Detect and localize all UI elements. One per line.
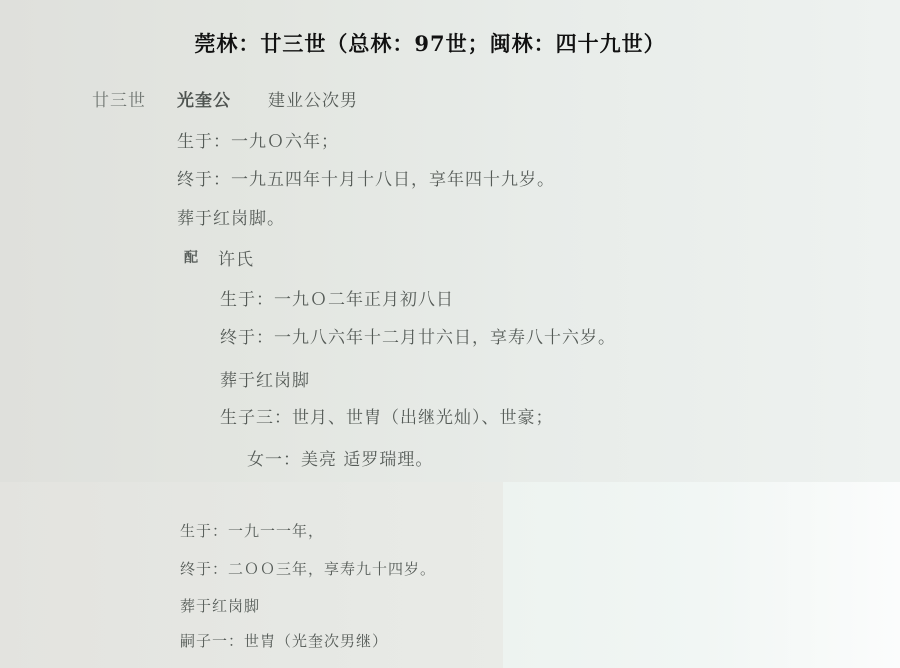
spouse-name: 许氏 — [218, 245, 254, 270]
spouse2-born: 生于：一九一一年， — [180, 520, 324, 541]
spouse-buried: 葬于红岗脚 — [220, 366, 310, 391]
person-name: 光奎公 — [177, 86, 231, 111]
blank-area — [503, 482, 900, 668]
spouse2-heir: 嗣子一：世胄（光奎次男继） — [180, 630, 388, 651]
person-buried: 葬于红岗脚。 — [177, 204, 285, 229]
spouse-sons: 生子三：世月、世胄（出继光灿）、世豪； — [220, 403, 554, 428]
spouse-died: 终于：一九八六年十二月廿六日，享寿八十六岁。 — [220, 323, 616, 348]
person-relation: 建业公次男 — [268, 86, 358, 111]
spouse-daughters: 女一：美亮 适罗瑞理。 — [247, 445, 433, 470]
generation-label: 廿三世 — [92, 86, 146, 111]
person-died: 终于：一九五四年十月十八日，享年四十九岁。 — [177, 165, 555, 190]
spouse-born: 生于：一九Ｏ二年正月初八日 — [220, 285, 454, 310]
spouse-mark: 配 — [184, 247, 199, 267]
spouse2-buried: 葬于红岗脚 — [180, 595, 260, 616]
page-title: 莞林：廿三世（总林：97世；闽林：四十九世） — [0, 28, 860, 58]
person-born: 生于：一九Ｏ六年； — [177, 127, 339, 152]
spouse2-died: 终于：二ＯＯ三年，享寿九十四岁。 — [180, 558, 436, 579]
